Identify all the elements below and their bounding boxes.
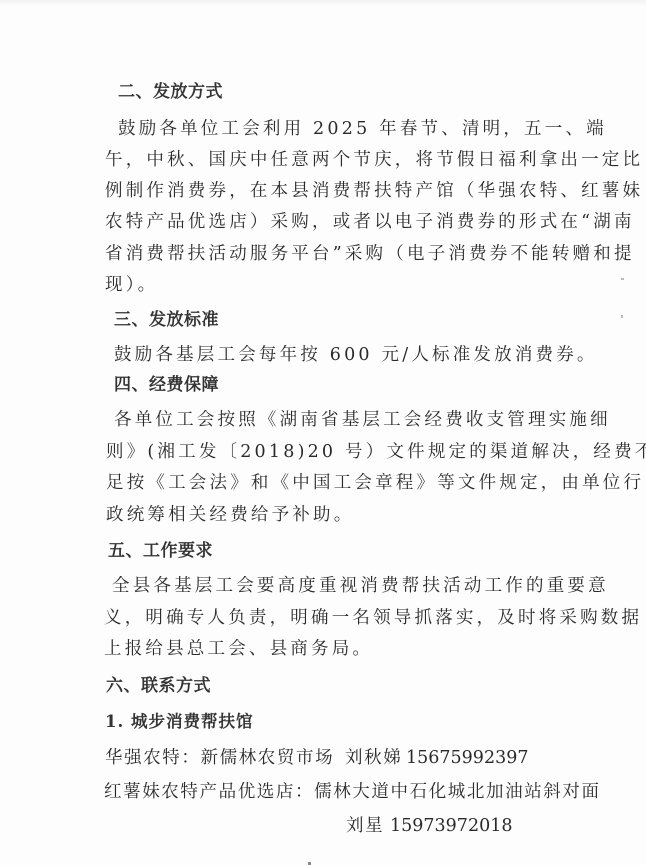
contact-phone-huaqiang: 15675992397 bbox=[406, 746, 528, 770]
document-page: 二、发放方式 鼓励各单位工会利用 2025 年春节、清明，五一、端 午，中秋、国… bbox=[0, 0, 646, 865]
section-heading-work-requirements: 五、工作要求 bbox=[108, 539, 213, 563]
scan-artifact bbox=[621, 278, 624, 280]
section-heading-distribution-standard: 三、发放标准 bbox=[114, 308, 219, 332]
paragraph-line: 全县各基层工会要高度重视消费帮扶活动工作的重要意 bbox=[112, 574, 609, 598]
paragraph-line: 省消费帮扶活动服务平台”采购（电子消费券不能转赠和提 bbox=[105, 242, 635, 266]
contact-person-hongshumei: 刘星 bbox=[346, 814, 384, 838]
paragraph-line: 义，明确专人负责，明确一名领导抓落实，及时将采购数据 bbox=[104, 606, 642, 630]
paragraph-line: 则》(湘工发〔2018)20 号）文件规定的渠道解决，经费不 bbox=[106, 440, 646, 464]
contact-store-hongshumei: 红薯妹农特产品优选店：儒林大道中石化城北加油站斜对面 bbox=[104, 780, 601, 804]
section-heading-funding: 四、经费保障 bbox=[114, 373, 219, 397]
section-heading-distribution-method: 二、发放方式 bbox=[118, 80, 223, 104]
paragraph-line: 足按《工会法》和《中国工会章程》等文件规定，由单位行 bbox=[106, 471, 644, 495]
paragraph-line: 鼓励各单位工会利用 2025 年春节、清明，五一、端 bbox=[118, 117, 607, 141]
paragraph-line: 农特产品优选店）采购，或者以电子消费券的形式在“湖南 bbox=[105, 210, 635, 234]
paragraph-line: 现）。 bbox=[105, 273, 158, 297]
paragraph-line: 上报给县总工会、县商务局。 bbox=[104, 637, 373, 661]
paragraph-line: 各单位工会按照《湖南省基层工会经费收支管理实施细 bbox=[114, 408, 611, 432]
subheading-consumer-support-hall: 1. 城步消费帮扶馆 bbox=[105, 710, 253, 734]
contact-person-huaqiang: 刘秋娣 bbox=[345, 746, 402, 770]
section-heading-contact: 六、联系方式 bbox=[106, 674, 211, 698]
paragraph-line: 政统筹相关经费给予补助。 bbox=[106, 503, 354, 527]
paragraph-line: 例制作消费券，在本县消费帮扶特产馆（华强农特、红薯妹 bbox=[105, 179, 643, 203]
contact-store-huaqiang: 华强农特：新儒林农贸市场 bbox=[105, 746, 334, 770]
scan-artifact bbox=[621, 315, 623, 318]
paragraph-line: 午，中秋、国庆中任意两个节庆，将节假日福利拿出一定比 bbox=[105, 148, 643, 172]
contact-phone-hongshumei: 15973972018 bbox=[390, 814, 512, 838]
paragraph-line: 鼓励各基层工会每年按 600 元/人标准发放消费券。 bbox=[114, 343, 598, 367]
